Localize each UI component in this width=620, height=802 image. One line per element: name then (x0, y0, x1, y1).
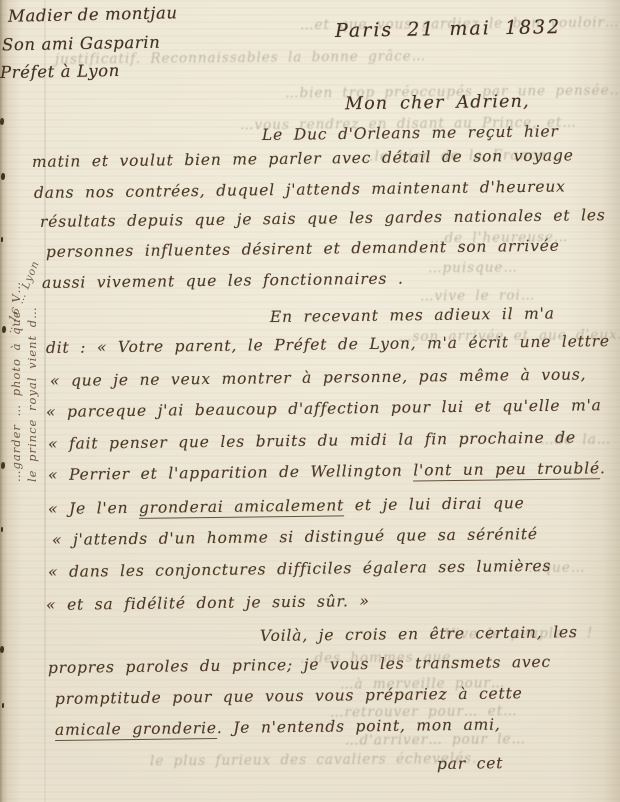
letter-line: « dans les conjonctures difficiles égale… (48, 557, 551, 581)
recipient-line-2: Son ami Gasparin (2, 33, 161, 55)
recipient-line-1: Madier de montjau (8, 3, 178, 26)
letter-line: dit : « Votre parent, le Préfet de Lyon,… (46, 332, 610, 357)
letter-line: résultats depuis que je sais que les gar… (40, 206, 606, 231)
letter-line: En recevant mes adieux il m'a (270, 305, 555, 326)
letter-line: « Perrier et l'apparition de Wellington … (48, 459, 606, 484)
salutation: Mon cher Adrien, (345, 92, 530, 115)
recipient-line-3: Préfet à Lyon (0, 61, 120, 82)
letter-line: personnes influentes désirent et demande… (46, 237, 560, 261)
letter-line: dans nos contrées, duquel j'attends main… (34, 178, 566, 202)
bleedthrough-ghost-line: …vive le roi… (420, 287, 535, 304)
letter-line: Le Duc d'Orleans me reçut hier (262, 122, 559, 144)
letter-line: « et sa fidélité dont je suis sûr. » (46, 592, 370, 614)
letter-line: aussi vivement que les fonctionnaires . (42, 270, 404, 292)
letter-line: « Je l'en gronderai amicalement et je lu… (48, 494, 525, 518)
paper-fold-line (44, 0, 46, 802)
dateline: Paris 21 mai 1832 (335, 16, 562, 42)
letter-line: « j'attends d'un homme si distingué que … (52, 525, 538, 549)
binding-edge-ink-marks (0, 118, 4, 125)
letter-scan-page: …et que vous gardiez le bon vouloir…just… (0, 0, 620, 802)
letter-line: par cet (437, 754, 503, 773)
letter-line: propres paroles du prince; je vous les t… (48, 653, 551, 677)
letter-line: « fait penser que les bruits du midi la … (48, 429, 576, 453)
letter-line: matin et voulut bien me parler avec déta… (32, 146, 574, 171)
letter-line: « parceque j'ai beaucoup d'affection pou… (46, 396, 602, 421)
bleedthrough-ghost-line: …puisque… (428, 260, 518, 277)
letter-line: « que je ne veux montrer à personne, pas… (50, 365, 587, 390)
